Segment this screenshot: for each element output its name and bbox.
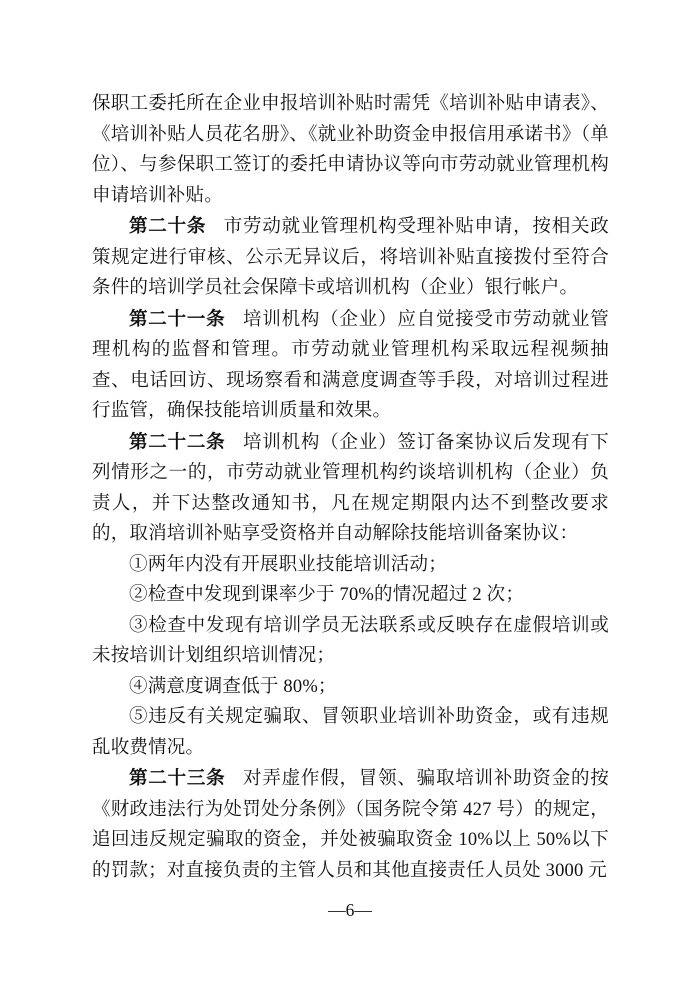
list-item-text: ④满意度调查低于 80%； [129, 677, 337, 697]
list-item-text: ⑤违反有关规定骗取、冒领职业培训补助资金，或有违规乱收费情况。 [92, 707, 609, 758]
list-item-text: ②检查中发现到课率少于 70%的情况超过 2 次； [129, 585, 524, 605]
list-item-2: ②检查中发现到课率少于 70%的情况超过 2 次； [92, 580, 609, 611]
paragraph-article-22: 第二十二条培训机构（企业）签订备案协议后发现有下列情形之一的，市劳动就业管理机构… [92, 427, 609, 550]
article-number: 第二十三条 [129, 767, 243, 788]
paragraph-continuation: 保职工委托所在企业申报培训补贴时需凭《培训补贴申请表》、《培训补贴人员花名册》、… [92, 89, 609, 211]
list-item-1: ①两年内没有开展职业技能培训活动； [92, 550, 609, 581]
article-number: 第二十条 [129, 215, 224, 236]
paragraph-article-20: 第二十条市劳动就业管理机构受理补贴申请，按相关政策规定进行审核、公示无异议后，将… [92, 211, 609, 304]
article-number: 第二十一条 [129, 308, 243, 329]
paragraph-text: 保职工委托所在企业申报培训补贴时需凭《培训补贴申请表》、《培训补贴人员花名册》、… [92, 94, 609, 206]
document-body: 保职工委托所在企业申报培训补贴时需凭《培训补贴申请表》、《培训补贴人员花名册》、… [92, 89, 609, 886]
article-number: 第二十二条 [129, 431, 243, 452]
list-item-text: ①两年内没有开展职业技能培训活动； [129, 555, 447, 575]
paragraph-article-21: 第二十一条培训机构（企业）应自觉接受市劳动就业管理机构的监督和管理。市劳动就业管… [92, 304, 609, 427]
list-item-text: ③检查中发现有培训学员无法联系或反映存在虚假培训或未按培训计划组织培训情况； [92, 616, 609, 667]
paragraph-article-23: 第二十三条对弄虚作假，冒领、骗取培训补助资金的按《财政违法行为处罚处分条例》（国… [92, 763, 609, 886]
list-item-3: ③检查中发现有培训学员无法联系或反映存在虚假培训或未按培训计划组织培训情况； [92, 611, 609, 672]
page-number: —6— [0, 899, 700, 921]
list-item-4: ④满意度调查低于 80%； [92, 672, 609, 703]
document-page: 保职工委托所在企业申报培训补贴时需凭《培训补贴申请表》、《培训补贴人员花名册》、… [0, 0, 700, 990]
list-item-5: ⑤违反有关规定骗取、冒领职业培训补助资金，或有违规乱收费情况。 [92, 702, 609, 763]
